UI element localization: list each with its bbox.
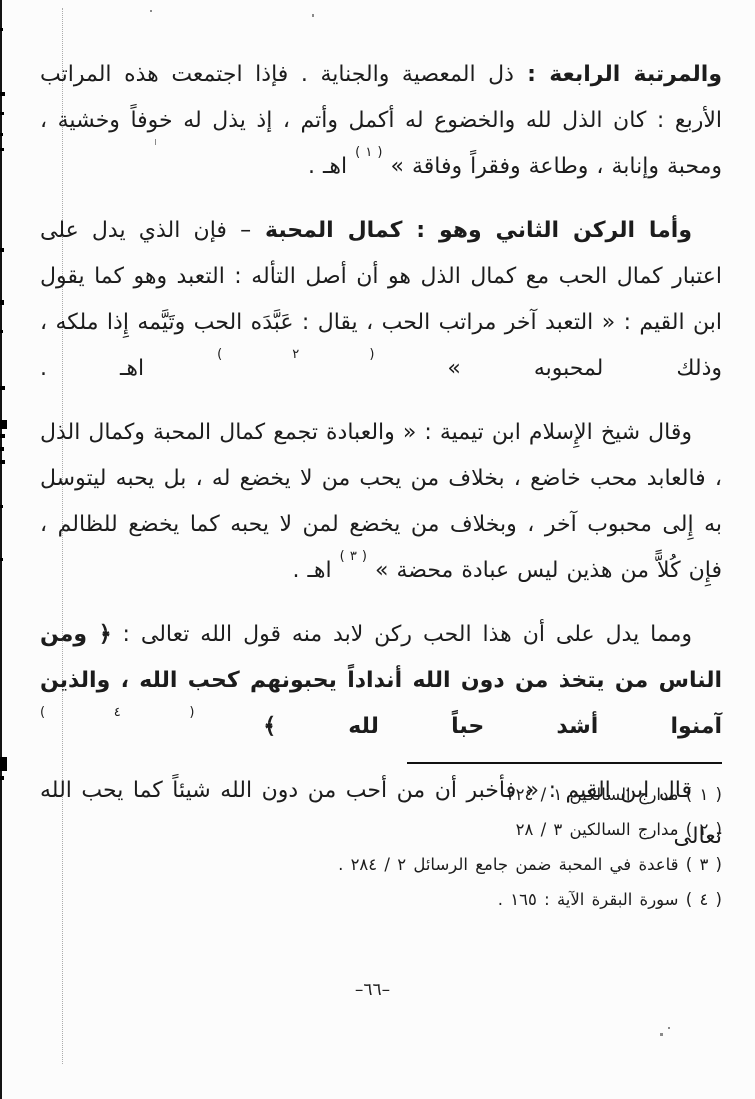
scan-artifact [0, 300, 4, 305]
paragraph-text: اهـ . [292, 558, 339, 583]
footnote-separator-rule [407, 762, 722, 764]
scan-artifact [0, 447, 4, 451]
footnote-ref-4: ( ٤ ) [40, 705, 263, 720]
paragraph-ibn-taymiyyah-quote: وقال شيخ الإِسلام ابن تيمية : « والعبادة… [40, 410, 722, 594]
scan-artifact [0, 420, 7, 429]
paragraph-lead-bold: وأما الركن الثاني وهو : كمال المحبة [251, 218, 692, 243]
scan-artifact [0, 28, 3, 31]
footnote-ref-2: ( ٢ ) [217, 347, 374, 362]
paragraph-text: اهـ . [308, 154, 355, 179]
scan-artifact [0, 92, 5, 96]
scan-artifact [0, 460, 5, 464]
scan-artifact [0, 505, 3, 508]
scan-artifact [0, 757, 7, 771]
scan-speck [312, 14, 314, 17]
scan-binding-edge [0, 0, 2, 1099]
scan-artifact [0, 434, 5, 438]
paragraph-lead-bold: والمرتبة الرابعة : [514, 62, 722, 87]
paragraph-text: ومما يدل على أن هذا الحب ركن لابد منه قو… [112, 622, 692, 647]
paragraph-text: وقال شيخ الإِسلام ابن تيمية : « والعبادة… [40, 420, 722, 583]
scan-artifact [0, 133, 3, 136]
footnote-4: ( ٤ ) سورة البقرة الآية : ١٦٥ . [40, 882, 722, 917]
footnote-3: ( ٣ ) قاعدة في المحبة ضمن جامع الرسائل ٢… [40, 847, 722, 882]
paragraph-quran-evidence: ومما يدل على أن هذا الحب ركن لابد منه قو… [40, 612, 722, 750]
paragraph-fourth-rank: والمرتبة الرابعة : ذل المعصية والجناية .… [40, 52, 722, 190]
scan-artifact [0, 776, 4, 780]
footnote-1: ( ١ ) مدارج السالكين ١ / ٢٢٤ [40, 777, 722, 812]
scan-artifact [0, 248, 4, 252]
scan-artifact [0, 148, 4, 151]
scan-speck [660, 1033, 663, 1036]
footnote-ref-3: ( ٣ ) [340, 549, 367, 564]
footnotes-section: ( ١ ) مدارج السالكين ١ / ٢٢٤ ( ٢ ) مدارج… [40, 762, 722, 917]
scan-speck [668, 1027, 670, 1029]
book-page: والمرتبة الرابعة : ذل المعصية والجناية .… [0, 0, 755, 1099]
paragraph-second-pillar: وأما الركن الثاني وهو : كمال المحبة – فإ… [40, 208, 722, 392]
scan-artifact [0, 330, 3, 333]
body-text: والمرتبة الرابعة : ذل المعصية والجناية .… [40, 52, 722, 878]
scan-artifact [0, 386, 5, 390]
scan-artifact [0, 112, 4, 115]
footnote-2: ( ٢ ) مدارج السالكين ٣ / ٢٨ [40, 812, 722, 847]
scan-artifact [0, 558, 3, 561]
page-number: –٦٦– [0, 980, 745, 1000]
scan-speck [150, 10, 152, 12]
paragraph-text: اهـ . [40, 356, 217, 381]
footnote-ref-1: ( ١ ) [355, 145, 382, 160]
